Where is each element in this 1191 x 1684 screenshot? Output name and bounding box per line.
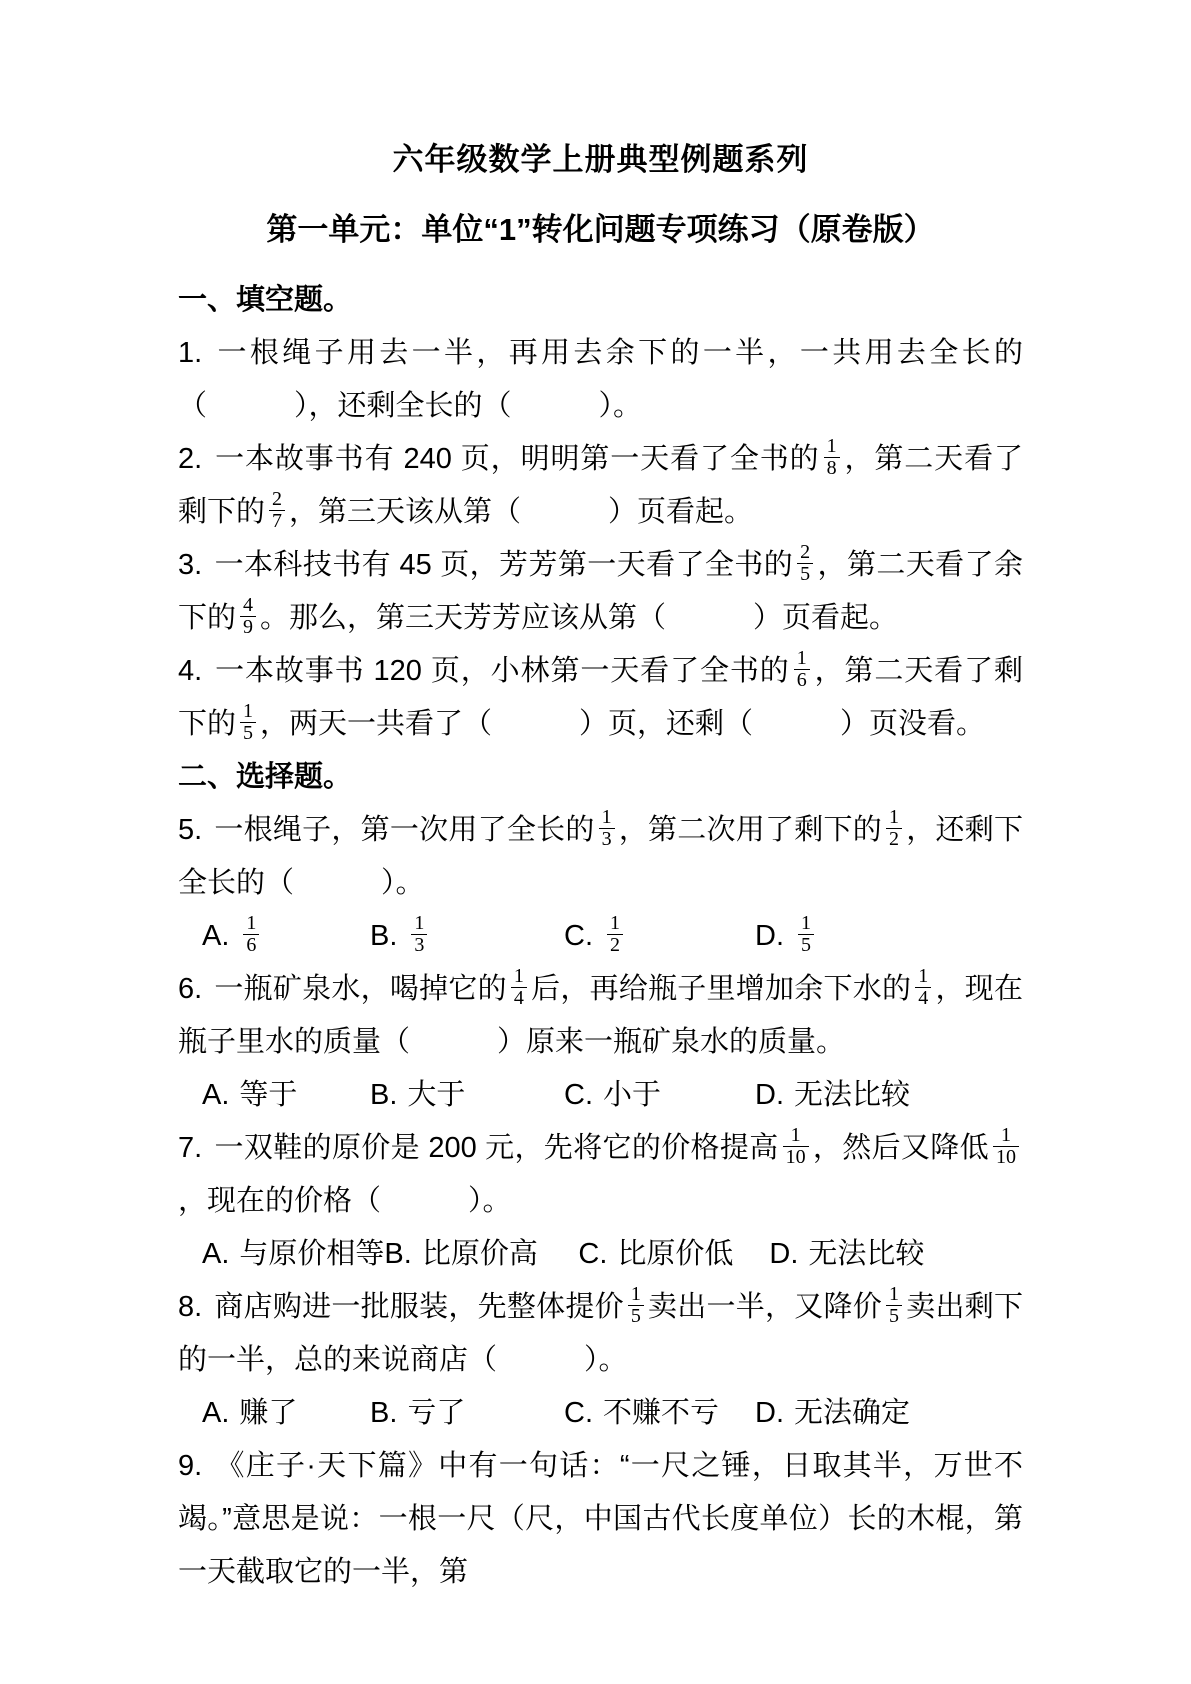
options-row: A.与原价相等B.比原价高C.比原价低D.无法比较 [178,1228,1023,1281]
fraction: 13 [411,913,427,956]
option-label: A. [202,1238,229,1270]
question-text: 2.一本故事书有 240 页，明明第一天看了全书的18，第二天看了剩下的27，第… [178,433,1023,539]
question-text: 9.《庄子·天下篇》中有一句话：“一尺之锤，日取其半，万世不竭。”意思是说：一根… [178,1440,1023,1599]
option-text: 大于 [407,1079,465,1111]
option-c: C.12 [564,910,755,963]
option-text: 等于 [239,1079,297,1111]
fraction-numerator: 1 [824,436,840,457]
fraction: 16 [243,913,259,956]
fraction-denominator: 6 [794,669,810,691]
option-label: C. [578,1238,607,1270]
option-b: B.亏了 [370,1387,564,1440]
question-text: 3.一本科技书有 45 页，芳芳第一天看了全书的25，第二天看了余下的49。那么… [178,539,1023,645]
option-label: A. [202,1397,229,1429]
fraction-denominator: 10 [993,1146,1019,1168]
option-label: A. [202,1079,229,1111]
option-text: 小于 [603,1079,661,1111]
fraction-denominator: 3 [599,828,615,850]
option-label: B. [370,1079,397,1111]
fraction: 13 [599,807,615,850]
option-label: D. [755,1397,784,1429]
option-c: C.小于 [564,1069,755,1122]
question-number: 9. [178,1450,202,1482]
option-b: B.比原价高 [384,1228,578,1281]
option-d: D.无法比较 [769,1228,924,1281]
option-a: A.与原价相等 [202,1228,384,1281]
question-number: 5. [178,814,202,846]
fraction: 15 [798,913,814,956]
fraction: 16 [794,648,810,691]
fraction-denominator: 2 [607,934,623,956]
option-text: 无法比较 [794,1079,910,1111]
fraction: 14 [915,966,931,1009]
option-text: 赚了 [239,1397,297,1429]
document-title: 六年级数学上册典型例题系列 [178,140,1023,180]
option-text: 亏了 [407,1397,465,1429]
section-heading: 一、填空题。 [178,274,1023,327]
fraction-numerator: 1 [886,807,902,828]
fraction-numerator: 1 [411,913,427,934]
fraction-numerator: 2 [797,542,813,563]
option-text: 不赚不亏 [603,1397,719,1429]
option-c: C.比原价低 [578,1228,769,1281]
question-text: 5.一根绳子，第一次用了全长的13，第二次用了剩下的12，还剩下全长的（ ）。 [178,804,1023,910]
question-text: 7.一双鞋的原价是 200 元，先将它的价格提高110，然后又降低110，现在的… [178,1122,1023,1228]
option-a: A.等于 [202,1069,370,1122]
fraction: 110 [783,1125,809,1168]
option-label: B. [370,1397,397,1429]
worksheet-page: 六年级数学上册典型例题系列 第一单元：单位“1”转化问题专项练习（原卷版） 一、… [0,0,1191,1684]
fraction-denominator: 6 [243,934,259,956]
option-b: B.13 [370,910,564,963]
fraction-denominator: 8 [824,457,840,479]
fraction-numerator: 1 [886,1284,902,1305]
fraction-denominator: 4 [511,987,527,1009]
fraction: 18 [824,436,840,479]
question-number: 1. [178,337,202,369]
options-row: A.16B.13C.12D.15 [178,910,1023,963]
fraction-numerator: 2 [269,489,285,510]
document-subtitle: 第一单元：单位“1”转化问题专项练习（原卷版） [178,210,1023,250]
question-number: 2. [178,443,202,475]
questions-container: 一、填空题。1.一根绳子用去一半，再用去余下的一半，一共用去全长的（ ），还剩全… [178,274,1023,1599]
options-row: A.等于B.大于C.小于D.无法比较 [178,1069,1023,1122]
question-text: 4.一本故事书 120 页，小林第一天看了全书的16，第二天看了剩下的15，两天… [178,645,1023,751]
question-text: 8.商店购进一批服装，先整体提价15卖出一半，又降价15卖出剩下的一半，总的来说… [178,1281,1023,1387]
question-text: 6.一瓶矿泉水，喝掉它的14后，再给瓶子里增加余下水的14，现在瓶子里水的质量（… [178,963,1023,1069]
fraction-denominator: 5 [240,722,256,744]
question-number: 6. [178,973,202,1005]
fraction: 15 [240,701,256,744]
fraction-denominator: 7 [269,510,285,532]
fraction-denominator: 5 [628,1305,644,1327]
fraction-denominator: 5 [798,934,814,956]
fraction: 12 [886,807,902,850]
fraction-numerator: 1 [794,648,810,669]
option-label: C. [564,1079,593,1111]
option-text: 无法确定 [794,1397,910,1429]
fraction-denominator: 9 [240,616,256,638]
fraction-numerator: 1 [788,1125,804,1146]
option-text: 与原价相等 [239,1238,384,1270]
question-number: 4. [178,655,202,687]
option-label: D. [769,1238,798,1270]
fraction-numerator: 1 [243,913,259,934]
fraction-numerator: 1 [998,1125,1014,1146]
fraction: 49 [240,595,256,638]
option-d: D.无法比较 [755,1069,910,1122]
fraction-numerator: 4 [240,595,256,616]
fraction: 27 [269,489,285,532]
fraction-numerator: 1 [915,966,931,987]
fraction-numerator: 1 [607,913,623,934]
option-label: C. [564,920,593,952]
fraction-numerator: 1 [628,1284,644,1305]
fraction-numerator: 1 [798,913,814,934]
fraction: 12 [607,913,623,956]
fraction-numerator: 1 [599,807,615,828]
option-label: B. [370,920,397,952]
fraction: 25 [797,542,813,585]
option-c: C.不赚不亏 [564,1387,755,1440]
option-a: A.16 [202,910,370,963]
fraction: 110 [993,1125,1019,1168]
fraction-denominator: 10 [783,1146,809,1168]
fraction-denominator: 2 [886,828,902,850]
option-label: B. [384,1238,411,1270]
option-d: D.无法确定 [755,1387,910,1440]
option-text: 比原价高 [422,1238,538,1270]
question-text: 1.一根绳子用去一半，再用去余下的一半，一共用去全长的（ ），还剩全长的（ ）。 [178,327,1023,433]
option-text: 比原价低 [617,1238,733,1270]
option-label: D. [755,1079,784,1111]
fraction: 15 [628,1284,644,1327]
fraction-numerator: 1 [511,966,527,987]
fraction-denominator: 4 [915,987,931,1009]
fraction-numerator: 1 [240,701,256,722]
fraction-denominator: 5 [886,1305,902,1327]
fraction-denominator: 3 [411,934,427,956]
option-label: D. [755,920,784,952]
question-number: 7. [178,1132,202,1164]
option-label: C. [564,1397,593,1429]
question-number: 8. [178,1291,202,1323]
option-b: B.大于 [370,1069,564,1122]
option-d: D.15 [755,910,818,963]
option-label: A. [202,920,229,952]
options-row: A.赚了B.亏了C.不赚不亏D.无法确定 [178,1387,1023,1440]
fraction: 15 [886,1284,902,1327]
section-heading: 二、选择题。 [178,751,1023,804]
fraction-denominator: 5 [797,563,813,585]
option-a: A.赚了 [202,1387,370,1440]
option-text: 无法比较 [808,1238,924,1270]
fraction: 14 [511,966,527,1009]
question-number: 3. [178,549,202,581]
